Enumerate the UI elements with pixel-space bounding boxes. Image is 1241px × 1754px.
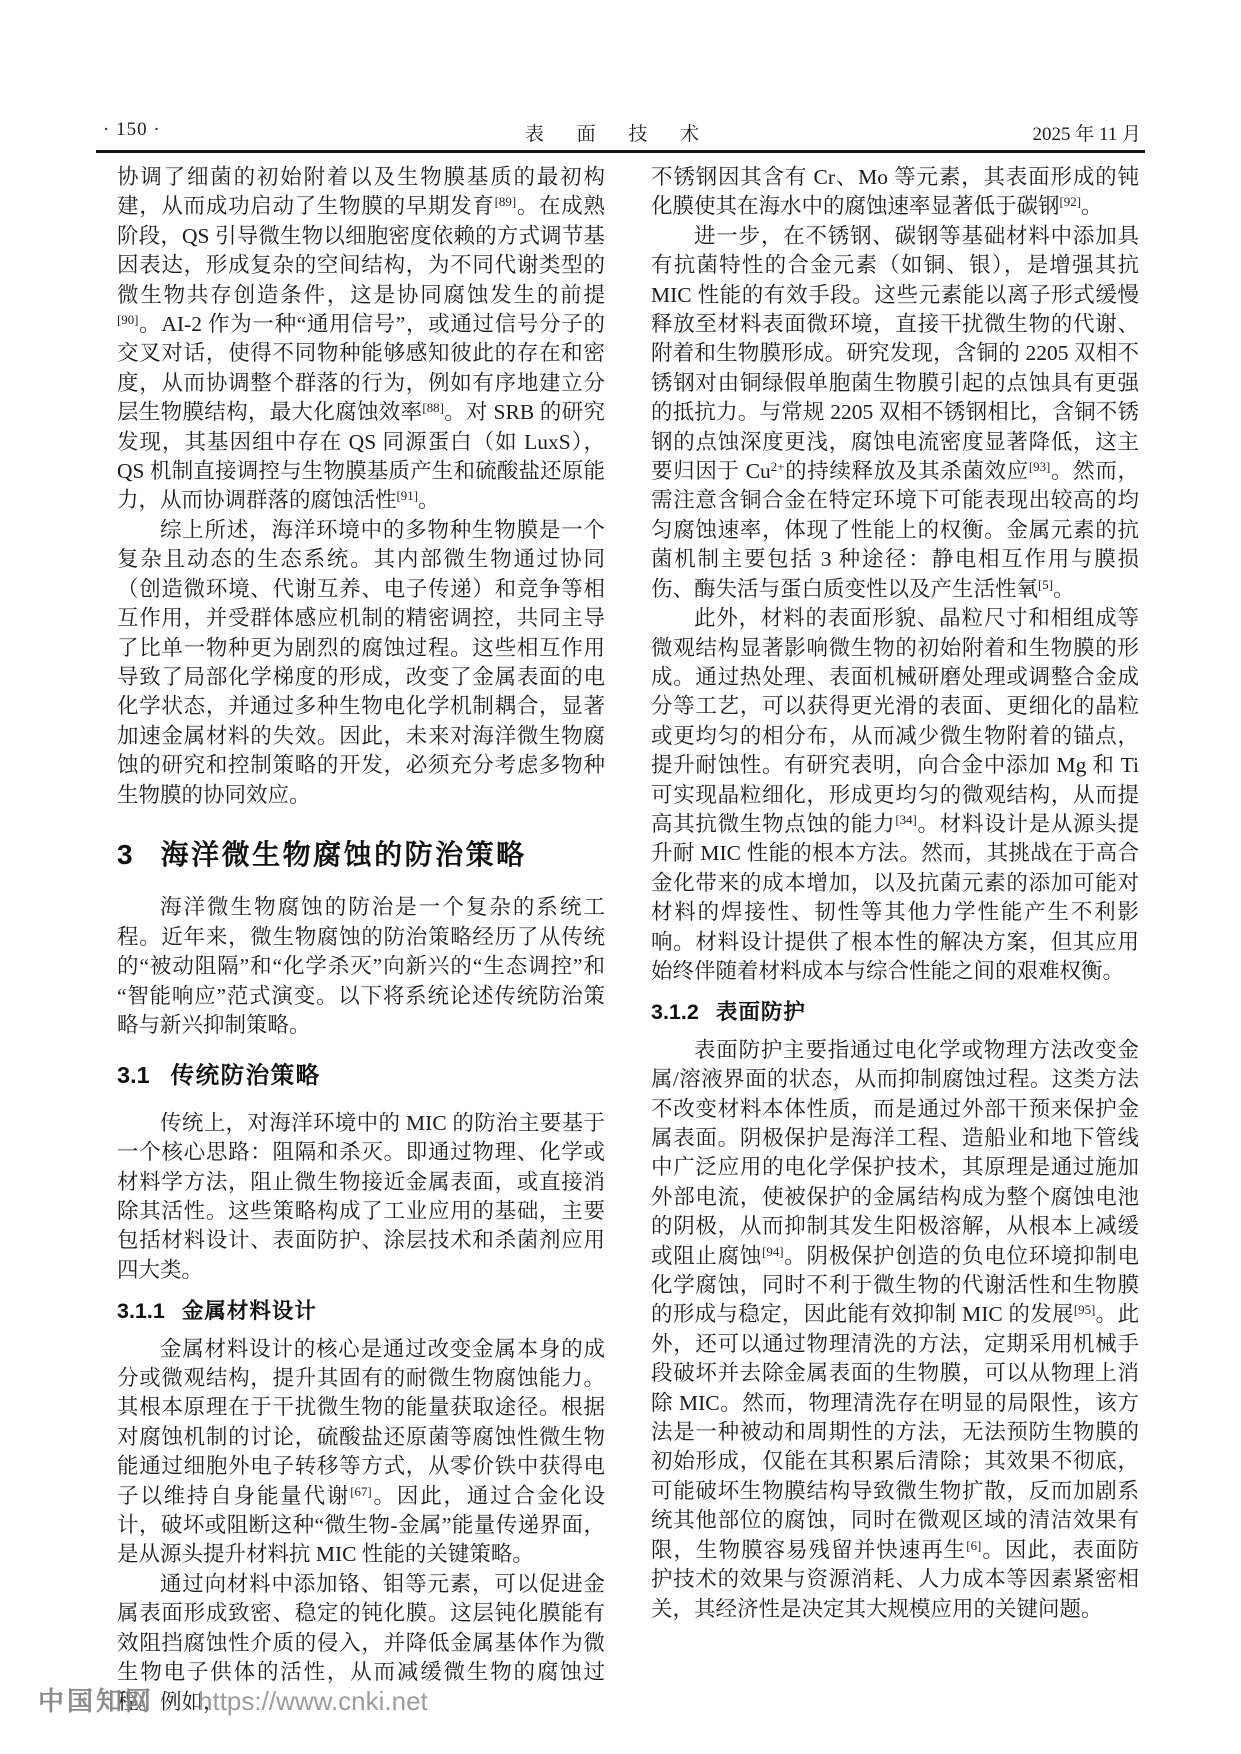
journal-page: · 150 · 表 面 技 术 2025 年 11 月 协调了细菌的初始附着以及… [0,0,1241,1754]
citation-ref: [94] [762,1245,783,1259]
paragraph: 进一步，在不锈钢、碳钢等基础材料中添加具有抗菌特性的合金元素（如铜、银），是增强… [651,222,1139,604]
section-heading-3.1.2: 3.1.2表面防护 [651,998,1139,1027]
paragraph: 协调了细菌的初始附着以及生物膜基质的最初构建，从而成功启动了生物膜的早期发育[8… [117,163,605,516]
cnki-watermark: 中国知网 https://www.cnki.net [38,1681,428,1718]
citation-ref: [92] [1060,195,1081,209]
right-column: 不锈钢因其含有 Cr、Mo 等元素，其表面形成的钝化膜使其在海水中的腐蚀速率显著… [651,163,1139,1717]
citation-ref: [67] [350,1485,371,1499]
text-run: 表面防护主要指通过电化学或物理方法改变金属/溶液界面的状态，从而抑制腐蚀过程。这… [651,1038,1139,1268]
paragraph: 不锈钢因其含有 Cr、Mo 等元素，其表面形成的钝化膜使其在海水中的腐蚀速率显著… [651,163,1139,222]
text-run: 。此外，还可以通过物理清洗的方法，定期采用机械手段破坏并去除金属表面的生物膜，可… [651,1302,1139,1561]
watermark-url: https://www.cnki.net [198,1686,428,1717]
heading-number: 3.1.1 [117,1299,165,1323]
text-run: 。 [1081,194,1103,218]
heading-title: 金属材料设计 [182,1299,317,1323]
paragraph: 海洋微生物腐蚀的防治是一个复杂的系统工程。近年来，微生物腐蚀的防治策略经历了从传… [117,893,605,1040]
citation-ref: 2+ [771,460,785,474]
text-run: 的持续释放及其杀菌效应 [784,459,1028,483]
running-head: · 150 · 表 面 技 术 2025 年 11 月 [97,119,1141,145]
text-run: 进一步，在不锈钢、碳钢等基础材料中添加具有抗菌特性的合金元素（如铜、银），是增强… [651,224,1139,483]
text-run: 。 [418,488,440,512]
section-heading-3.1: 3.1传统防治策略 [117,1061,605,1090]
heading-title: 传统防治策略 [171,1062,321,1088]
text-run: 传统上，对海洋环境中的 MIC 的防治主要基于一个核心思路：阻隔和杀灭。即通过物… [117,1111,605,1282]
citation-ref: [89] [495,195,516,209]
issue-date: 2025 年 11 月 [1032,119,1141,146]
paragraph: 此外，材料的表面形貌、晶粒尺寸和相组成等微观结构显著影响微生物的初始附着和生物膜… [651,604,1139,986]
journal-title: 表 面 技 术 [97,119,1141,146]
heading-number: 3 [117,839,133,870]
citation-ref: [91] [397,489,418,503]
section-heading-3.1.1: 3.1.1金属材料设计 [117,1297,605,1326]
citation-ref: [95] [1074,1303,1095,1317]
watermark-site: 中国知网 [38,1681,154,1718]
heading-title: 海洋微生物腐蚀的防治策略 [161,839,527,870]
text-run: 。 [1053,577,1075,601]
paragraph: 表面防护主要指通过电化学或物理方法改变金属/溶液界面的状态，从而抑制腐蚀过程。这… [651,1036,1139,1624]
text-run: 。材料设计是从源头提升耐 MIC 性能的根本方法。然而，其挑战在于高合金化带来的… [651,812,1139,983]
citation-ref: [6] [966,1539,981,1553]
citation-ref: [88] [422,401,443,415]
heading-title: 表面防护 [716,1000,806,1024]
left-column: 协调了细菌的初始附着以及生物膜基质的最初构建，从而成功启动了生物膜的早期发育[8… [117,163,605,1717]
citation-ref: [90] [117,313,138,327]
page-body: 协调了细菌的初始附着以及生物膜基质的最初构建，从而成功启动了生物膜的早期发育[8… [117,163,1140,1717]
citation-ref: [93] [1029,460,1050,474]
text-run: 此外，材料的表面形貌、晶粒尺寸和相组成等微观结构显著影响微生物的初始附着和生物膜… [651,606,1139,836]
text-run: 金属材料设计的核心是通过改变金属本身的成分或微观结构，提升其固有的耐微生物腐蚀能… [117,1337,605,1508]
text-run: 综上所述，海洋环境中的多物种生物膜是一个复杂且动态的生态系统。其内部微生物通过协… [117,518,605,807]
paragraph: 传统上，对海洋环境中的 MIC 的防治主要基于一个核心思路：阻隔和杀灭。即通过物… [117,1109,605,1285]
paragraph: 金属材料设计的核心是通过改变金属本身的成分或微观结构，提升其固有的耐微生物腐蚀能… [117,1335,605,1570]
heading-number: 3.1 [117,1062,150,1088]
section-heading-3: 3海洋微生物腐蚀的防治策略 [117,840,605,869]
citation-ref: [34] [895,813,916,827]
text-run: 海洋微生物腐蚀的防治是一个复杂的系统工程。近年来，微生物腐蚀的防治策略经历了从传… [117,895,605,1037]
heading-number: 3.1.2 [651,1000,699,1024]
header-rule [96,150,1145,153]
text-run: 不锈钢因其含有 Cr、Mo 等元素，其表面形成的钝化膜使其在海水中的腐蚀速率显著… [651,165,1139,218]
paragraph: 综上所述，海洋环境中的多物种生物膜是一个复杂且动态的生态系统。其内部微生物通过协… [117,516,605,810]
citation-ref: [5] [1038,578,1053,592]
